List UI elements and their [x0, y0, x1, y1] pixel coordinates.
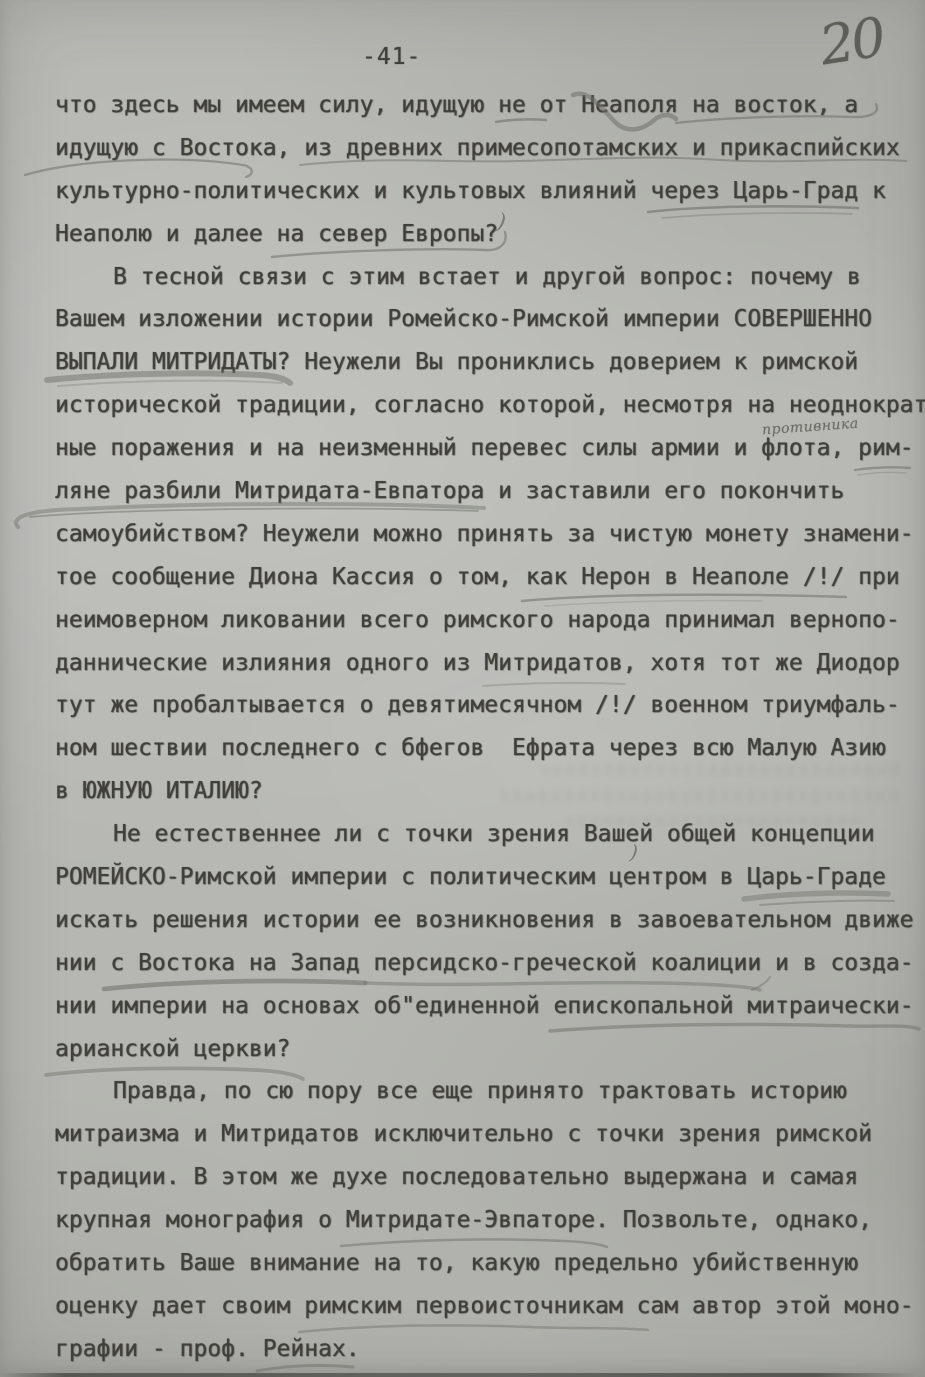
page-edge-shadow	[0, 1373, 925, 1377]
text-line: РОМЕЙСКО-Римской империи с политическим …	[55, 856, 923, 899]
bleed-through-smudge	[540, 764, 900, 776]
text-line: графии - проф. Рейнах.	[55, 1328, 923, 1371]
text-line: даннические излияния одного из Митридато…	[55, 642, 923, 685]
page-number: -41-	[362, 44, 421, 70]
text-line: оценку дает своим римским первоисточника…	[55, 1285, 923, 1328]
text-line: тут же пробалтывается о девятимесячном /…	[55, 684, 923, 727]
text-line: Вашем изложении истории Ромейско-Римской…	[55, 298, 923, 341]
text-line: В тесной связи с этим встает и другой во…	[55, 256, 923, 299]
handwritten-page-number: 20	[815, 5, 887, 77]
text-line: митраизма и Митридатов исключительно с т…	[55, 1113, 923, 1156]
text-line: традиции. В этом же духе последовательно…	[55, 1156, 923, 1199]
text-line: ляне разбили Митридата-Евпатора и застав…	[55, 470, 923, 513]
text-line: идущую с Востока, из древних примесопота…	[55, 127, 923, 170]
text-line: тое сообщение Диона Кассия о том, как Не…	[55, 556, 923, 599]
text-line: неимоверном ликовании всего римского нар…	[55, 599, 923, 642]
text-line: что здесь мы имеем силу, идущую не от Не…	[55, 84, 923, 127]
text-line: нии с Востока на Запад персидско-греческ…	[55, 942, 923, 985]
text-line: ВЫПАЛИ МИТРИДАТЫ? Неужели Вы прониклись …	[55, 341, 923, 384]
document-page: -41- 20 что здесь мы имеем силу, идущую …	[0, 0, 925, 1377]
text-line: Неаполю и далее на север Европы?	[55, 213, 923, 256]
bleed-through-smudge	[565, 816, 865, 826]
text-line: Правда, по сю пору все еще принято тракт…	[55, 1070, 923, 1113]
text-line: обратить Ваше внимание на то, какую пред…	[55, 1242, 923, 1285]
text-line: искать решения истории ее возникновения …	[55, 899, 923, 942]
typewritten-text: что здесь мы имеем силу, идущую не от Не…	[55, 84, 923, 1371]
text-line: крупная монография о Митридате-Эвпаторе.…	[55, 1199, 923, 1242]
text-line: нии империи на основах об"единенной епис…	[55, 985, 923, 1028]
text-line: самоубийством? Неужели можно принять за …	[55, 513, 923, 556]
text-line: арианской церкви?	[55, 1028, 923, 1071]
bleed-through-smudge	[500, 790, 900, 802]
text-line: культурно-политических и культовых влиян…	[55, 170, 923, 213]
